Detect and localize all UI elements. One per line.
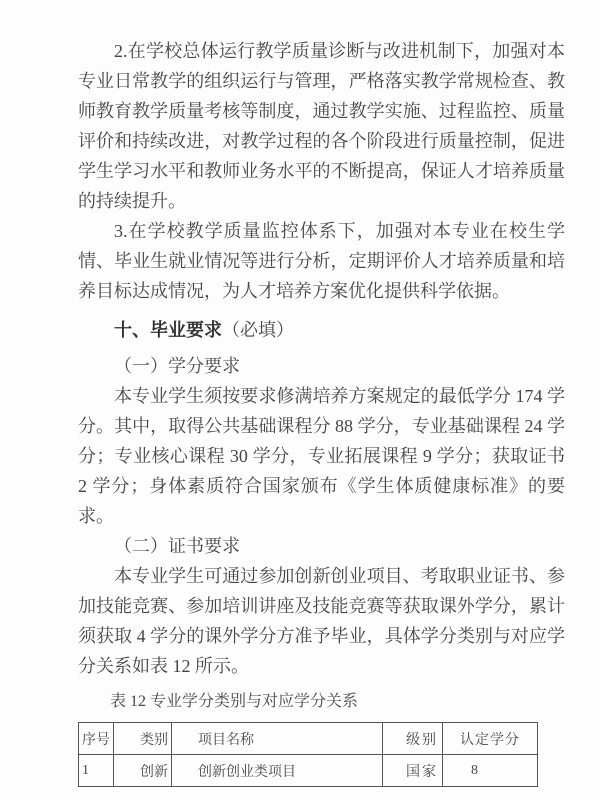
paragraph-credit-requirements: 本专业学生须按要求修满培养方案规定的最低学分 174 学分。其中，取得公共基础课… <box>78 381 565 531</box>
col-header-level: 级别 <box>383 723 443 755</box>
credit-category-table: 序号 类别 项目名称 级别 认定学分 1 创新 创新创业类项目 国家 8 <box>78 722 538 787</box>
cell-project-name: 创新创业类项目 <box>172 755 383 787</box>
section-heading-suffix: （必填） <box>222 320 294 340</box>
col-header-serial-number: 序号 <box>79 723 114 755</box>
cell-serial-number: 1 <box>79 755 114 787</box>
section-heading-graduation-requirements: 十、毕业要求（必填） <box>78 315 565 345</box>
paragraph-quality-monitoring: 3.在学校教学质量监控体系下，加强对本专业在校生学情、毕业生就业情况等进行分析，… <box>78 216 565 306</box>
cell-category: 创新 <box>114 755 172 787</box>
cell-recognized-credits: 8 <box>443 755 538 787</box>
table-caption: 表 12 专业学分类别与对应学分关系 <box>78 687 565 717</box>
table-header-row: 序号 类别 项目名称 级别 认定学分 <box>79 723 538 755</box>
subsection-title-credit-requirements: （一）学分要求 <box>78 351 565 381</box>
paragraph-certificate-requirements: 本专业学生可通过参加创新创业项目、考取职业证书、参加技能竞赛、参加培训讲座及技能… <box>78 561 565 681</box>
col-header-recognized-credits: 认定学分 <box>443 723 538 755</box>
section-heading-main: 十、毕业要求 <box>114 320 222 340</box>
col-header-project-name: 项目名称 <box>172 723 383 755</box>
document-page: 2.在学校总体运行教学质量诊断与改进机制下，加强对本专业日常教学的组织运行与管理… <box>0 0 600 800</box>
table-row: 1 创新 创新创业类项目 国家 8 <box>79 755 538 787</box>
col-header-category: 类别 <box>114 723 172 755</box>
paragraph-teaching-quality-mechanism: 2.在学校总体运行教学质量诊断与改进机制下，加强对本专业日常教学的组织运行与管理… <box>78 36 565 216</box>
cell-level: 国家 <box>383 755 443 787</box>
subsection-title-certificate-requirements: （二）证书要求 <box>78 531 565 561</box>
